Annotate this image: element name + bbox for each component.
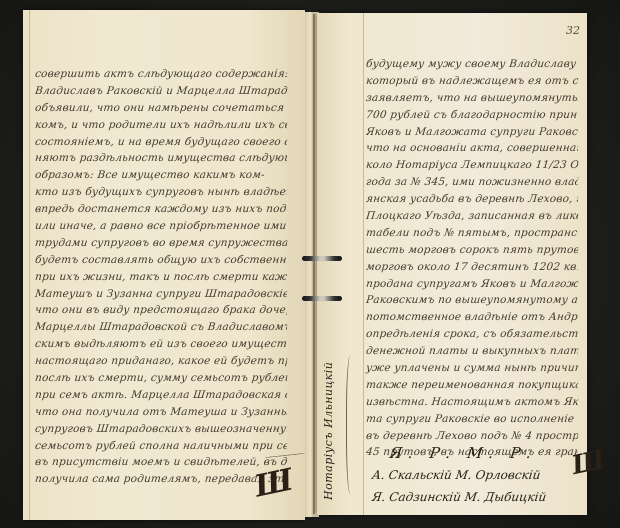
signatory-row: А. Скальскій М. Орловскій bbox=[370, 464, 547, 486]
text-line: будущему мужу своему Владиславу Раковско… bbox=[365, 56, 579, 73]
text-line: объявили, что они намѣрены сочетаться за… bbox=[34, 100, 288, 117]
text-line: Марцеллы Штарадовской съ Владиславомъ Ра… bbox=[34, 319, 288, 336]
text-line: кто изъ будущихъ супруговъ нынѣ владѣетъ… bbox=[34, 184, 288, 201]
text-line: трудами супруговъ во время супружества и… bbox=[34, 235, 288, 252]
text-line: года за № 345, ими пожизненно владѣемая … bbox=[365, 174, 579, 191]
left-margin-rule bbox=[29, 10, 30, 520]
text-line: также переименованная покупщикамъ хорошо bbox=[365, 377, 579, 394]
signatories-block: Я. Р. М. Р. А. Скальскій М. Орловскій Я.… bbox=[372, 442, 546, 508]
text-line: коло Нотаріуса Лемпицкаго 11/23 Октября … bbox=[365, 157, 579, 174]
margin-brace bbox=[346, 355, 357, 495]
text-line: морговъ около 17 десятинъ 1202 кв. саж. … bbox=[365, 259, 579, 276]
page-number: 32 bbox=[566, 24, 580, 37]
text-line: продана супругамъ Яковъ и Малгожатѣ супр… bbox=[365, 276, 579, 293]
text-line: послѣ ихъ смерти, сумму семьсотъ рублей,… bbox=[34, 370, 288, 387]
text-line: извѣстна. Настоящимъ актомъ Яковъ Малгож… bbox=[365, 394, 579, 411]
text-line: заявляетъ, что на вышеупомянутый въ сумм… bbox=[365, 90, 579, 107]
text-line: или иначе, а равно все пріобрѣтенное ими… bbox=[34, 218, 288, 235]
text-line: та супруги Раковскіе во исполненіе своег… bbox=[365, 411, 579, 428]
text-line: впредь достанется каждому изъ нихъ подар… bbox=[34, 201, 288, 218]
text-line: шесть морговъ сорокъ пять прутовъ, за вы… bbox=[365, 242, 579, 259]
text-line: Яковъ и Малгожата супруги Раковскіе объя… bbox=[365, 124, 579, 141]
text-line: Плоцкаго Уѣзда, записанная въ ликвидаціо… bbox=[365, 208, 579, 225]
text-line: опредѣленія срока, съ обязательствомъ уп… bbox=[365, 326, 579, 343]
text-line: совершить актъ слѣдующаго содержанія: Пр… bbox=[34, 66, 288, 83]
text-line: янская усадьба въ деревнѣ Лехово, гмины … bbox=[365, 191, 579, 208]
text-line: скимъ выдѣляютъ ей изъ своего имущества … bbox=[34, 336, 288, 353]
text-line: при ихъ жизни, такъ и послѣ смерти кажда… bbox=[34, 269, 288, 286]
text-line: состояніемъ, и на время будущаго своего … bbox=[34, 134, 288, 151]
text-line: супруговъ Штарадовскихъ вышеозначенную с… bbox=[34, 421, 288, 438]
text-line: который въ надлежащемъ ея отъ сего актѣ … bbox=[365, 73, 579, 90]
text-line: Раковскимъ по вышеупомянутому акту за 18… bbox=[365, 292, 579, 309]
text-line: денежной платы и выкупныхъ платежей, кот… bbox=[365, 343, 579, 360]
text-line: табели подъ № пятымъ, пространствомъ въ … bbox=[365, 225, 579, 242]
vertical-margin-note: Нотаріусъ Ильницкій bbox=[322, 362, 335, 500]
text-line: въ присутствіи моемъ и свидѣтелей, въ до… bbox=[34, 454, 288, 471]
text-line: 700 рублей съ благодарностію принимаетъ.… bbox=[365, 107, 579, 124]
text-line: что они въ виду предстоящаго брака дочер… bbox=[34, 302, 288, 319]
text-line: настоящаго приданаго, какое ей будетъ пр… bbox=[34, 353, 288, 370]
text-line: Матеушъ и Зузанна супруги Штарадовскіе о… bbox=[34, 286, 288, 303]
text-line: семьсотъ рублей сполна наличными при сем… bbox=[34, 438, 288, 455]
text-line: уже уплачены и сумма нынѣ причитающаяся,… bbox=[365, 360, 579, 377]
text-line: потомственное владѣніе отъ Андрея Раковс… bbox=[365, 309, 579, 326]
book-spine-gutter bbox=[313, 14, 315, 514]
text-line: няютъ раздѣльность имущества слѣдующимъ bbox=[34, 150, 288, 167]
text-line: что она получила отъ Матеуша и Зузанны bbox=[34, 404, 288, 421]
binding-stitch bbox=[302, 296, 342, 301]
text-line: что на основаніи акта, совершеннаго у но… bbox=[365, 140, 579, 157]
text-line: Владиславъ Раковскій и Марцелла Штарадов… bbox=[34, 83, 288, 100]
text-line: образомъ: Все имущество какимъ ком- bbox=[34, 167, 288, 184]
right-page-text: будущему мужу своему Владиславу Раковско… bbox=[366, 56, 578, 461]
left-page-text: совершить актъ слѣдующаго содержанія: Пр… bbox=[35, 66, 287, 488]
text-line: при семъ актѣ. Марцелла Штарадовская объ… bbox=[34, 387, 288, 404]
binding-stitch bbox=[302, 256, 342, 261]
signatory-initials: Я. Р. М. Р. bbox=[388, 442, 547, 464]
text-line: комъ, и что родители ихъ надѣлили ихъ св… bbox=[34, 117, 288, 134]
signatory-row: Я. Садзинскій М. Дыбицкій bbox=[370, 486, 547, 508]
text-line: будетъ составлять общую ихъ собственност… bbox=[34, 252, 288, 269]
text-line: получила сама родителямъ, передавая эту … bbox=[34, 471, 288, 488]
right-margin-rule bbox=[363, 13, 364, 515]
